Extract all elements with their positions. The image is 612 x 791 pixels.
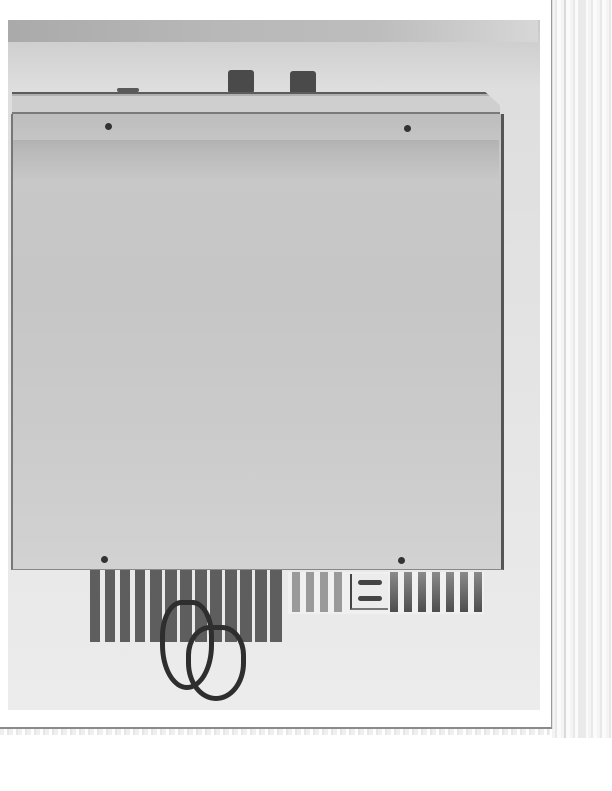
scan-bottom-noise	[0, 729, 550, 735]
screw-icon	[105, 123, 112, 130]
heatsink-fin	[292, 572, 300, 612]
front-panel-lip	[12, 92, 500, 114]
control-knob-left	[228, 70, 254, 92]
screw-icon	[398, 557, 405, 564]
scan-margin-noise	[552, 0, 612, 738]
heatsink-fin	[135, 570, 145, 642]
heatsink-fin	[418, 572, 426, 612]
heatsink-fin	[105, 570, 115, 642]
heatsink-fin	[404, 572, 412, 612]
control-knob-right	[290, 71, 316, 93]
heatsink-fin	[446, 572, 454, 612]
screw-icon	[101, 556, 108, 563]
heatsink-fin	[270, 570, 282, 642]
bracket-slot	[358, 580, 382, 585]
heatsink-fin	[320, 572, 328, 612]
screw-icon	[404, 125, 411, 132]
photo-backdrop-shadow	[8, 20, 538, 42]
mounting-bracket	[350, 574, 388, 610]
heatsink-fin	[90, 570, 100, 642]
heatsink-fin	[432, 572, 440, 612]
heatsink-fin	[460, 572, 468, 612]
heatsink-fin	[306, 572, 314, 612]
heatsink-fin	[474, 572, 482, 612]
heatsink-fin	[390, 572, 398, 612]
heatsink-fin	[334, 572, 342, 612]
scanned-page	[0, 0, 553, 729]
power-cord-loop	[186, 625, 246, 701]
cabinet-top-cover	[11, 114, 504, 570]
heatsink-fin	[120, 570, 130, 642]
lid-tab-left	[117, 88, 139, 92]
heatsink-fin	[255, 570, 267, 642]
heatsink-fin	[240, 570, 252, 642]
bracket-slot	[358, 596, 382, 601]
cover-shadow	[11, 140, 499, 180]
